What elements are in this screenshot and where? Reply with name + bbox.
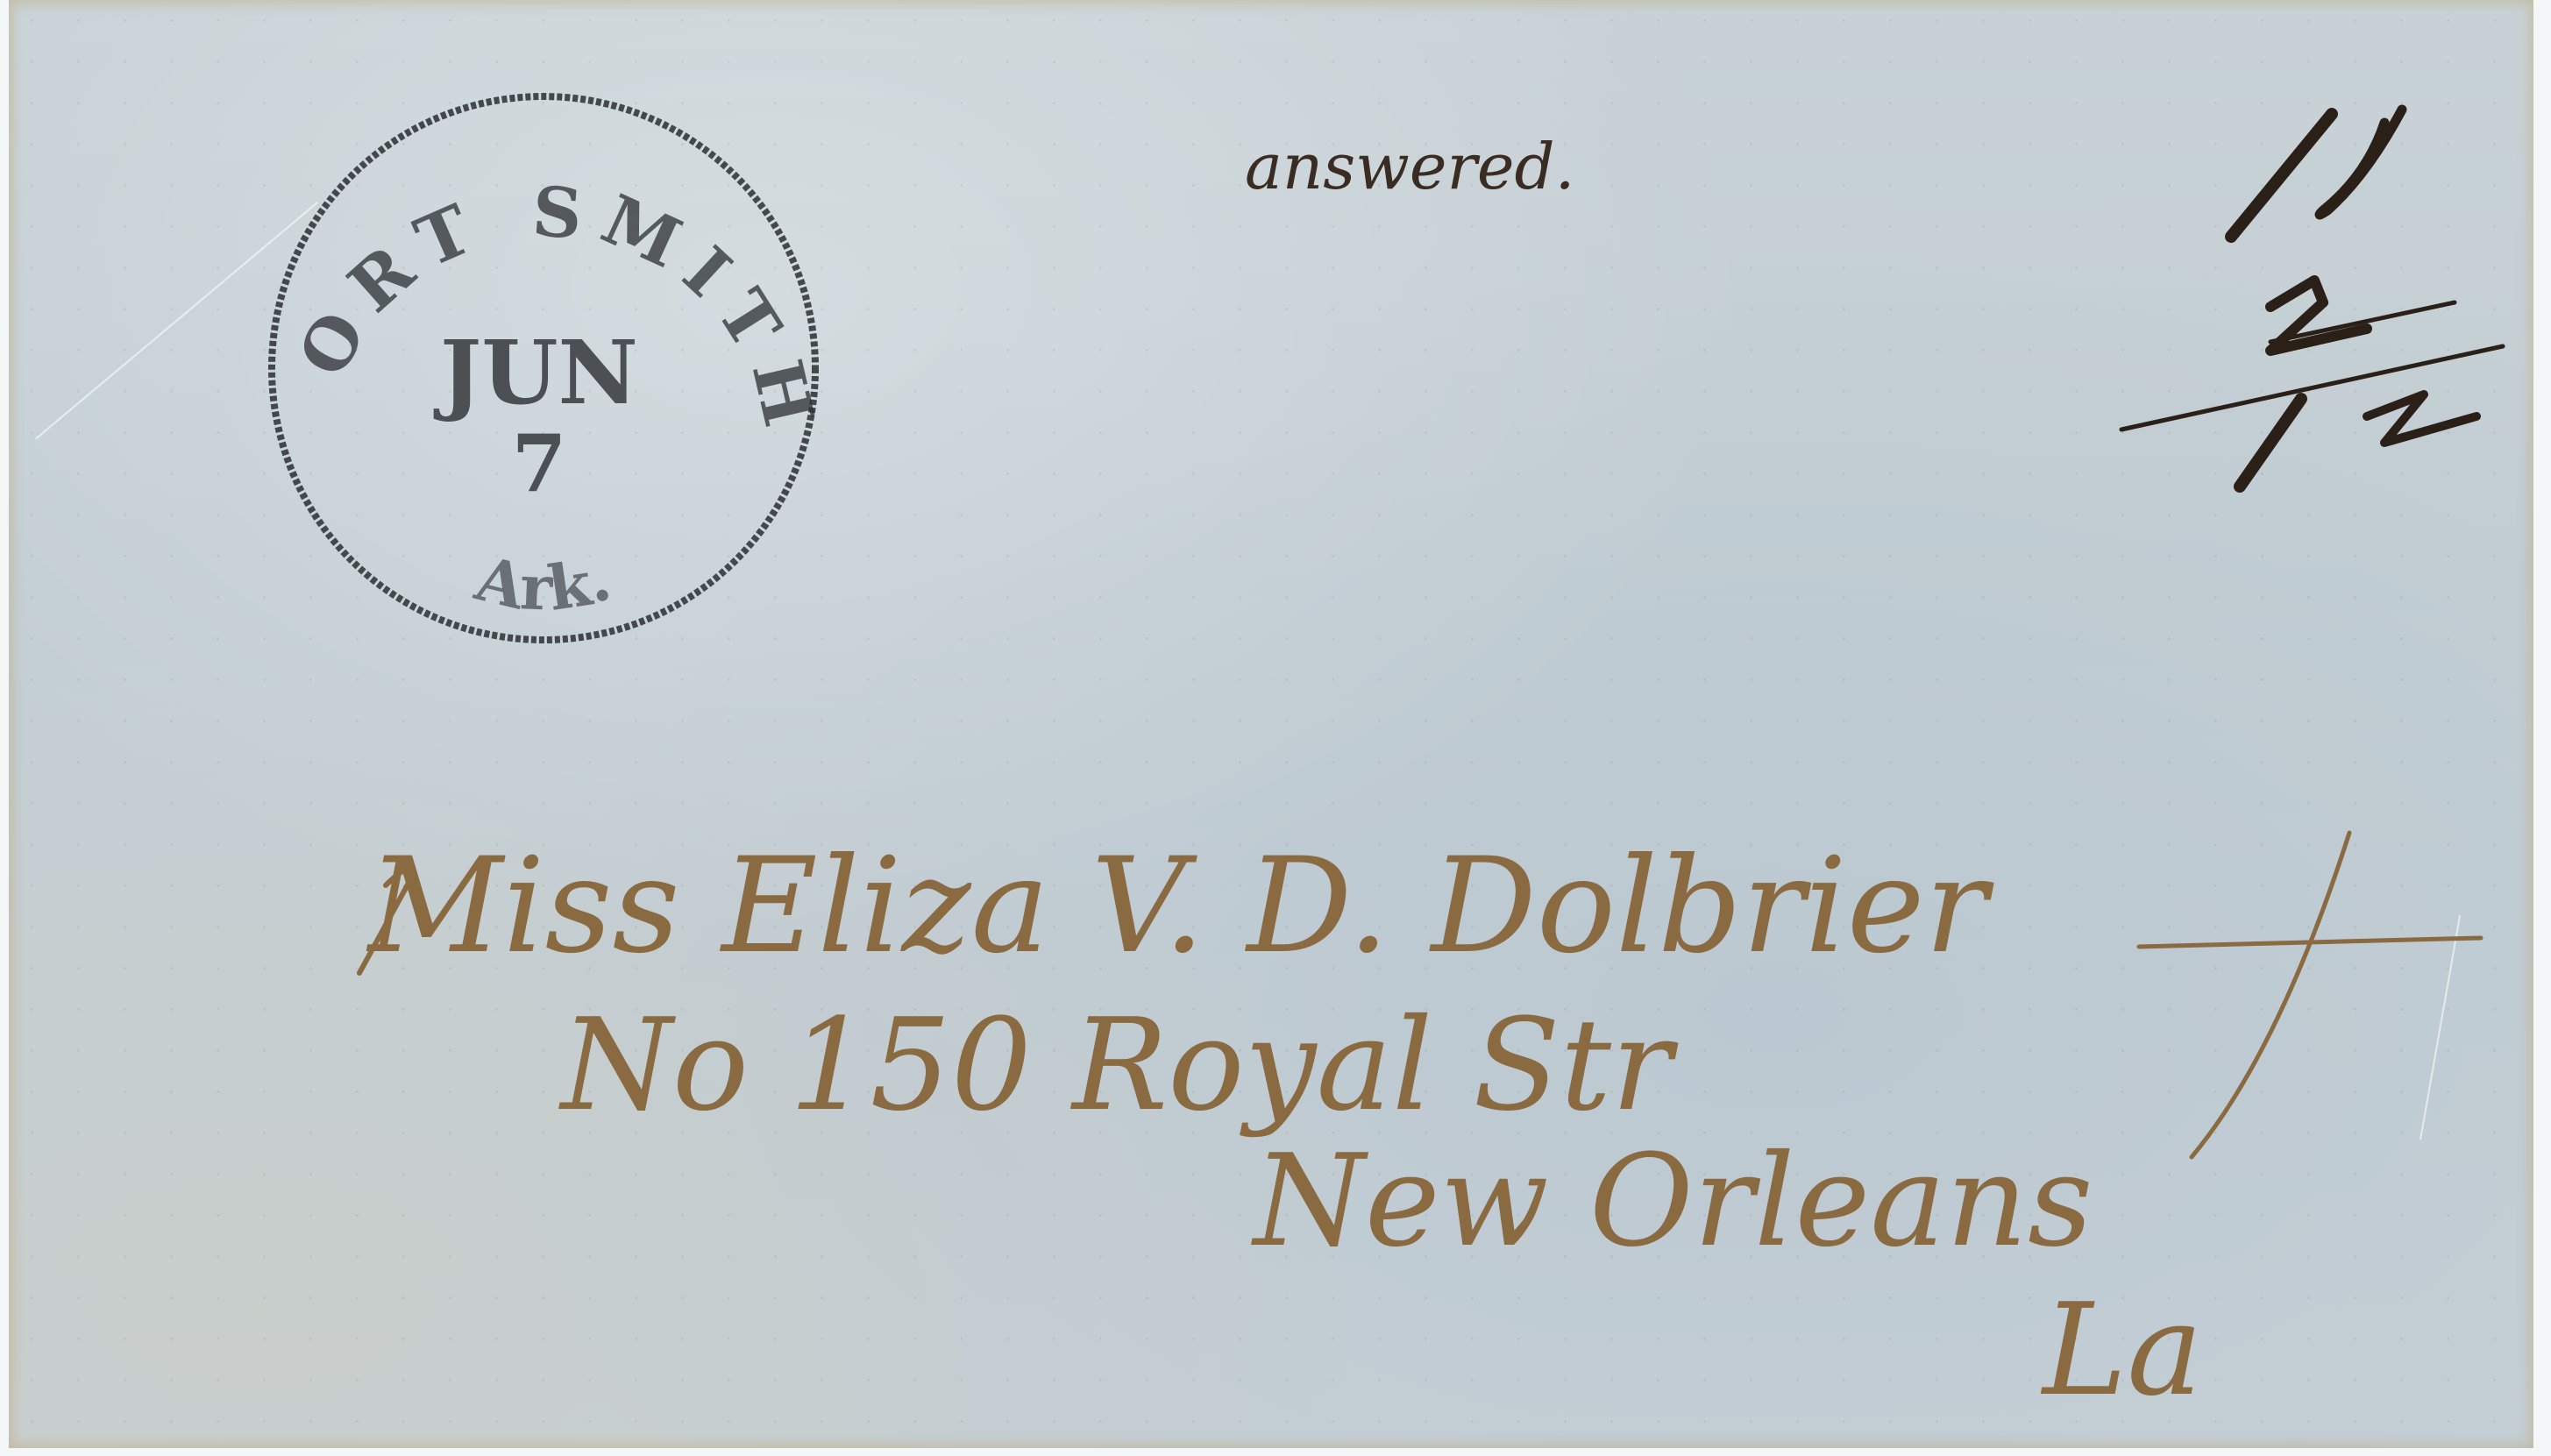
postmark-month: JUN (433, 321, 638, 424)
postmark-state: Ark. (468, 542, 618, 625)
postmark-town: FORT SMITH (0, 0, 832, 449)
address-line-street: No 150 Royal Str (558, 991, 1679, 1140)
address-line-city: New Orleans (1251, 1127, 2093, 1275)
rate-markings (2121, 110, 2503, 487)
address-line-state: La (2040, 1276, 2203, 1424)
docket-note: answered. (1245, 130, 1575, 203)
envelope-markings: FORT SMITH Ark. JUN 7 answered. Miss Eli… (0, 0, 2551, 1456)
address-line-recipient: Miss Eliza V. D. Dolbrier (366, 830, 1995, 983)
postmark-day: 7 (512, 417, 567, 510)
circular-postmark: FORT SMITH Ark. JUN 7 (0, 0, 832, 640)
